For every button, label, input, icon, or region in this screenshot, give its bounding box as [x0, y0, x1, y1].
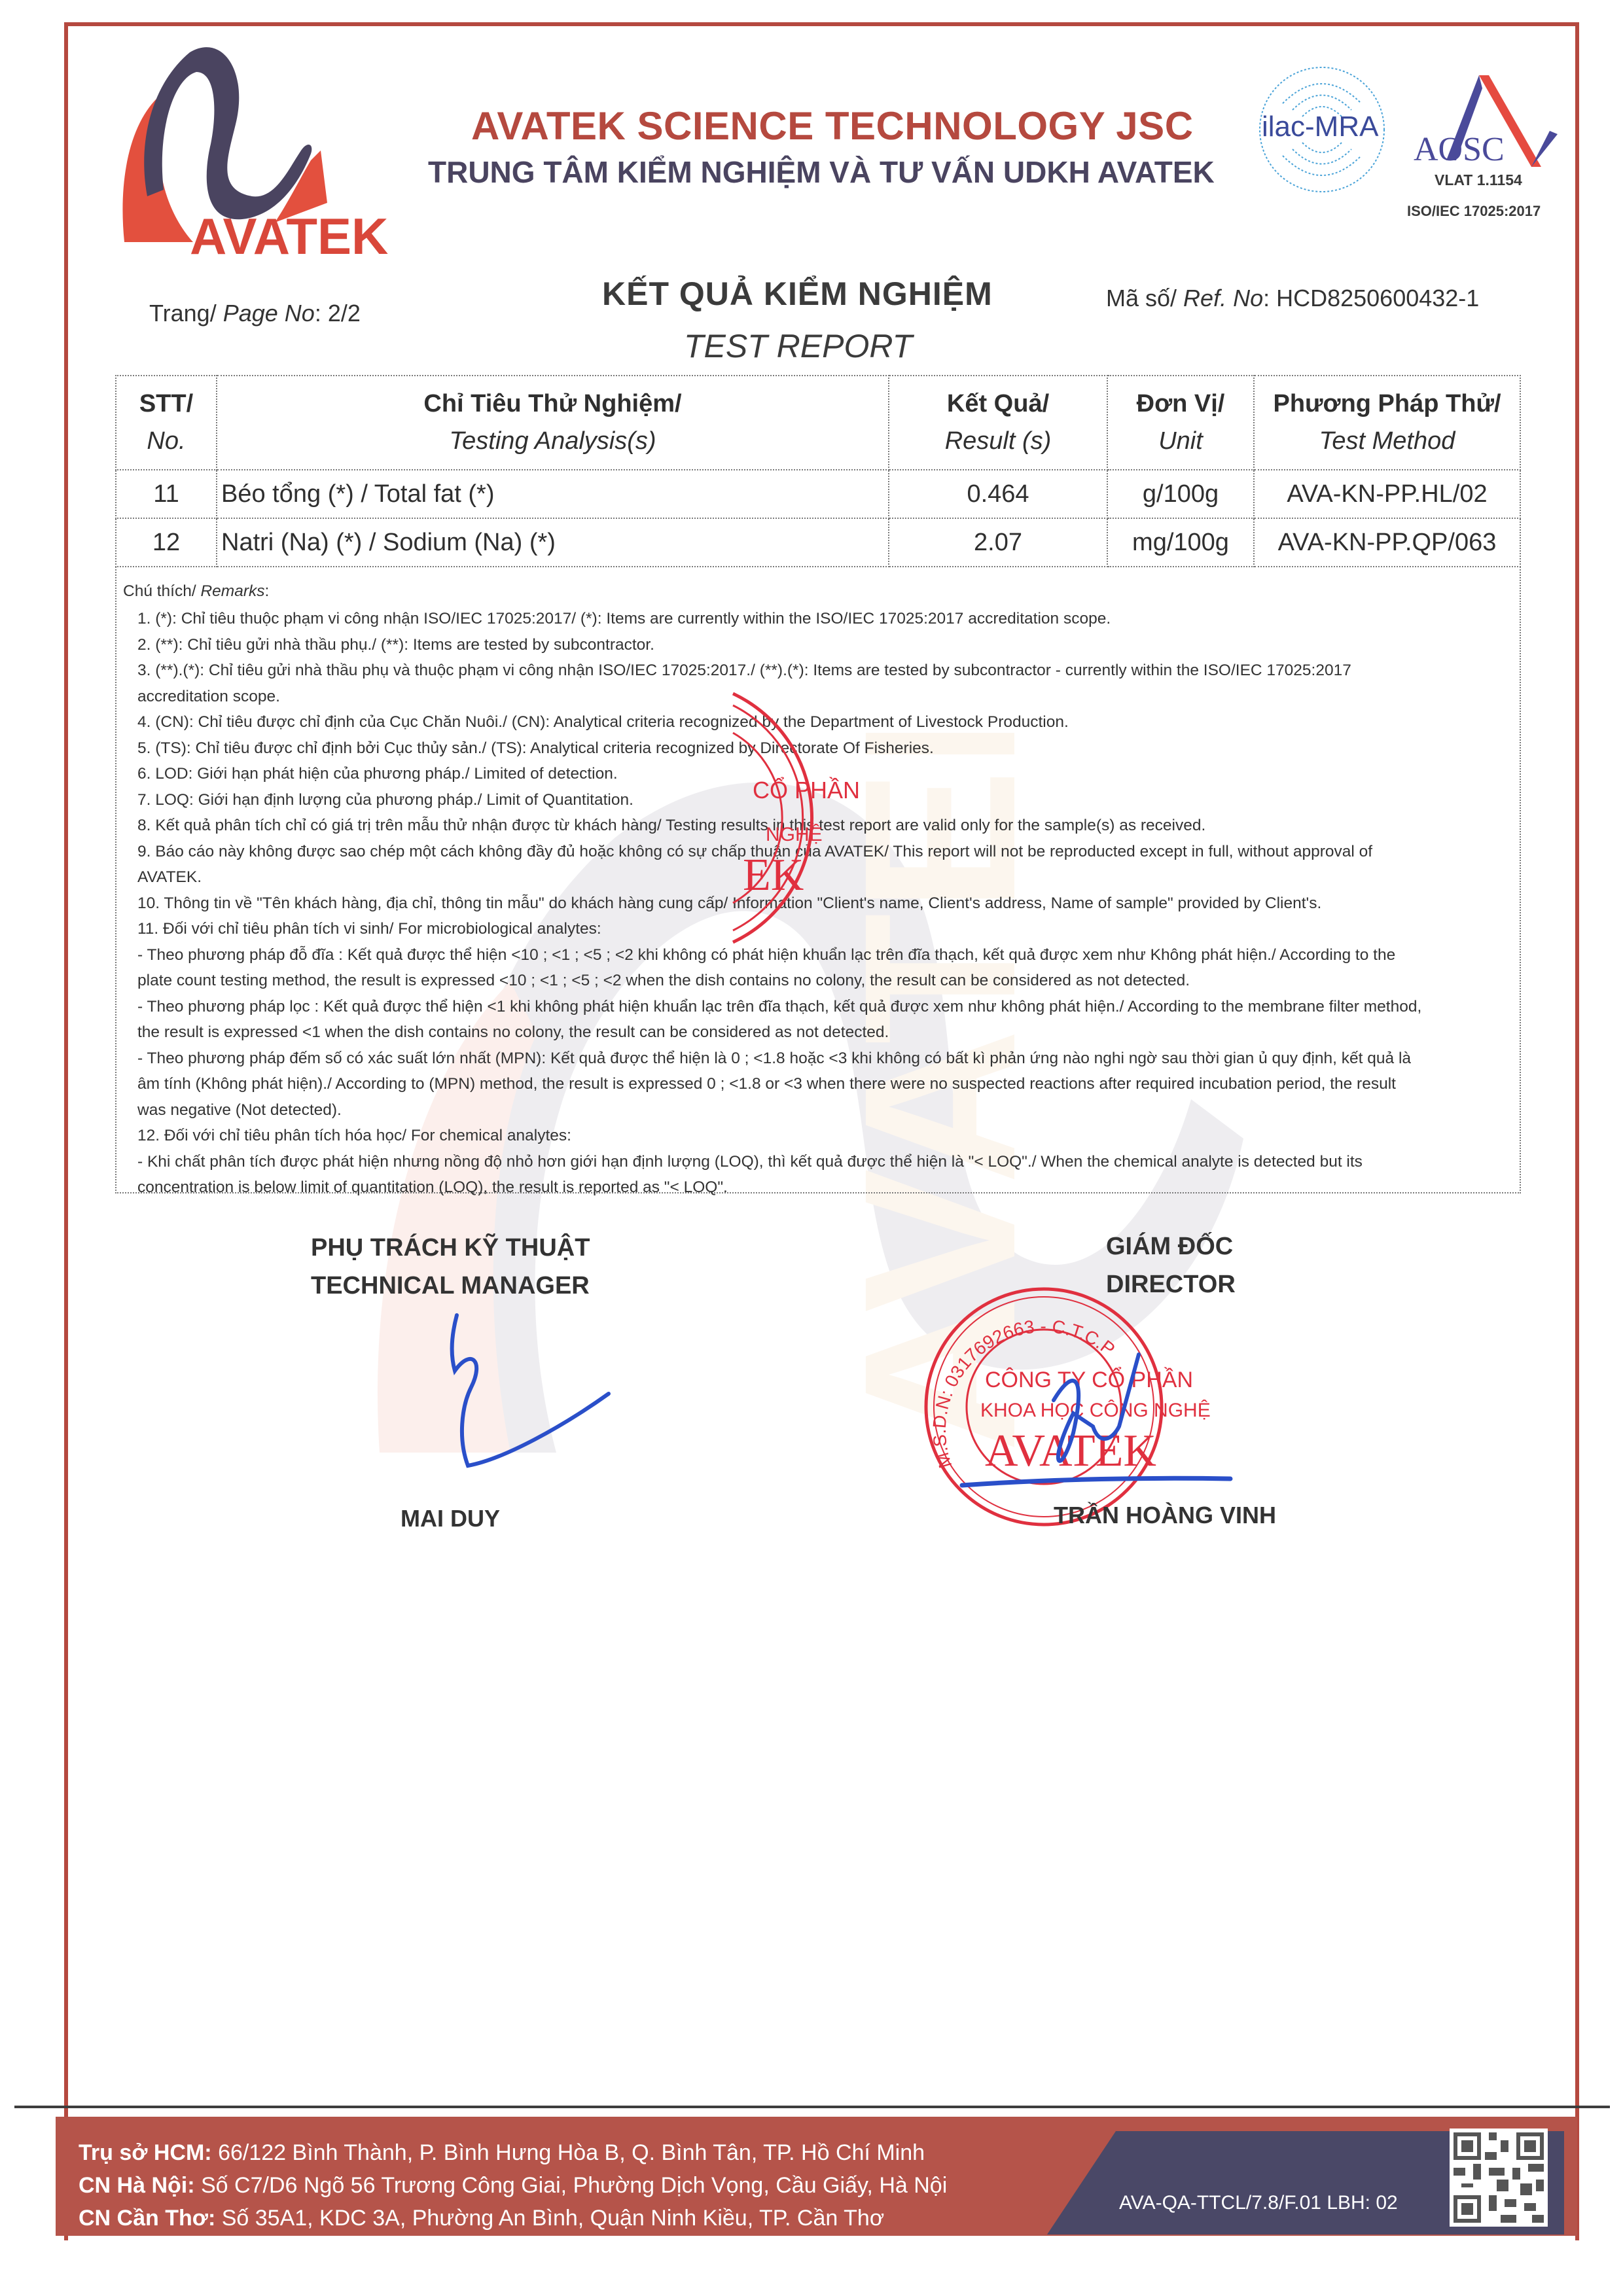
cell-method: AVA-KN-PP.QP/063 — [1254, 518, 1520, 567]
remark-line: - Theo phương pháp đếm số có xác suất lớ… — [123, 1046, 1520, 1072]
address-hcm: Trụ sở HCM: 66/122 Bình Thành, P. Bình H… — [79, 2136, 947, 2169]
header-result: Kết Quả/Result (s) — [889, 376, 1107, 470]
remarks-title: Chú thích/ Remarks: — [123, 582, 1520, 601]
qr-code-icon[interactable] — [1450, 2128, 1548, 2227]
cell-analysis: Béo tổng (*) / Total fat (*) — [217, 470, 889, 518]
remarks-section: Chú thích/ Remarks: 1. (*): Chỉ tiêu thu… — [115, 567, 1521, 1193]
remark-line: 2. (**): Chỉ tiêu gửi nhà thầu phụ./ (**… — [123, 632, 1520, 658]
remark-line: 3. (**).(*): Chỉ tiêu gửi nhà thầu phụ v… — [123, 658, 1520, 684]
remark-line: 11. Đối với chỉ tiêu phân tích vi sinh/ … — [123, 916, 1520, 942]
cell-result: 2.07 — [889, 518, 1107, 567]
company-subtitle: TRUNG TÂM KIỂM NGHIỆM VÀ TƯ VẤN UDKH AVA… — [428, 154, 1215, 190]
remark-line: plate count testing method, the result i… — [123, 968, 1520, 994]
remark-line: 8. Kết quả phân tích chỉ có giá trị trên… — [123, 813, 1520, 839]
cell-method: AVA-KN-PP.HL/02 — [1254, 470, 1520, 518]
remark-line: accreditation scope. — [123, 684, 1520, 710]
avatek-logo: AVATEK — [111, 46, 406, 268]
remark-line: 6. LOD: Giới hạn phát hiện của phương ph… — [123, 761, 1520, 787]
aosc-code: VLAT 1.1154 — [1435, 171, 1522, 189]
results-table: STT/No. Chỉ Tiêu Thử Nghiệm/Testing Anal… — [115, 375, 1521, 567]
company-name: AVATEK SCIENCE TECHNOLOGY JSC — [471, 103, 1194, 149]
svg-text:AVATEK: AVATEK — [190, 207, 388, 265]
cell-no: 11 — [116, 470, 217, 518]
cell-unit: g/100g — [1107, 470, 1254, 518]
remark-line: AVATEK. — [123, 864, 1520, 891]
address-cantho: CN Cần Thơ: Số 35A1, KDC 3A, Phường An B… — [79, 2202, 947, 2234]
ilac-mra-logo: ilac-MRA — [1257, 64, 1387, 195]
technical-manager-title: PHỤ TRÁCH KỸ THUẬTTECHNICAL MANAGER — [311, 1229, 590, 1305]
remark-line: 12. Đối với chỉ tiêu phân tích hóa học/ … — [123, 1123, 1520, 1149]
page-number: Trang/ Page No: 2/2 — [149, 300, 361, 327]
remark-line: 4. (CN): Chỉ tiêu được chỉ định của Cục … — [123, 709, 1520, 735]
report-title: KẾT QUẢ KIỂM NGHIỆM — [602, 275, 993, 313]
header-method: Phương Pháp Thử/Test Method — [1254, 376, 1520, 470]
remark-line: 1. (*): Chỉ tiêu thuộc phạm vi công nhận… — [123, 606, 1520, 632]
iso-label: ISO/IEC 17025:2017 — [1407, 203, 1541, 220]
aosc-logo: AOSC — [1400, 62, 1564, 180]
remark-line: concentration is below limit of quantita… — [123, 1174, 1520, 1201]
reference-number: Mã số/ Ref. No: HCD8250600432-1 — [1106, 285, 1479, 312]
remark-line: 10. Thông tin về "Tên khách hàng, địa ch… — [123, 891, 1520, 917]
header-unit: Đơn Vị/Unit — [1107, 376, 1254, 470]
remark-line: 9. Báo cáo này không được sao chép một c… — [123, 839, 1520, 865]
svg-text:ilac-MRA: ilac-MRA — [1262, 111, 1379, 143]
director-name: TRẦN HOÀNG VINH — [1054, 1502, 1276, 1529]
table-row: 11 Béo tổng (*) / Total fat (*) 0.464 g/… — [116, 470, 1520, 518]
table-header-row: STT/No. Chỉ Tiêu Thử Nghiệm/Testing Anal… — [116, 376, 1520, 470]
cell-result: 0.464 — [889, 470, 1107, 518]
form-code: AVA-QA-TTCL/7.8/F.01 LBH: 02 — [1119, 2192, 1398, 2214]
footer-divider — [14, 2106, 1610, 2108]
cell-unit: mg/100g — [1107, 518, 1254, 567]
header-no: STT/No. — [116, 376, 217, 470]
remark-line: 5. (TS): Chỉ tiêu được chỉ định bởi Cục … — [123, 735, 1520, 762]
remark-line: âm tính (Không phát hiện)./ According to… — [123, 1071, 1520, 1097]
address-hanoi: CN Hà Nội: Số C7/D6 Ngõ 56 Trương Công G… — [79, 2169, 947, 2202]
remark-line: - Theo phương pháp lọc : Kết quả được th… — [123, 994, 1520, 1020]
footer-bar: Trụ sở HCM: 66/122 Bình Thành, P. Bình H… — [56, 2117, 1577, 2236]
cell-no: 12 — [116, 518, 217, 567]
remark-line: - Khi chất phân tích được phát hiện nhưn… — [123, 1149, 1520, 1175]
remarks-list: 1. (*): Chỉ tiêu thuộc phạm vi công nhận… — [123, 606, 1520, 1201]
footer-addresses: Trụ sở HCM: 66/122 Bình Thành, P. Bình H… — [79, 2136, 947, 2234]
table-row: 12 Natri (Na) (*) / Sodium (Na) (*) 2.07… — [116, 518, 1520, 567]
remark-line: was negative (Not detected). — [123, 1097, 1520, 1123]
report-title-en: TEST REPORT — [684, 327, 912, 365]
remark-line: 7. LOQ: Giới hạn định lượng của phương p… — [123, 787, 1520, 813]
director-title: GIÁM ĐỐCDIRECTOR — [1106, 1227, 1236, 1303]
remark-line: the result is expressed <1 when the dish… — [123, 1019, 1520, 1046]
svg-text:AOSC: AOSC — [1414, 131, 1505, 168]
cell-analysis: Natri (Na) (*) / Sodium (Na) (*) — [217, 518, 889, 567]
technical-manager-name: MAI DUY — [401, 1505, 500, 1532]
header-analysis: Chỉ Tiêu Thử Nghiệm/Testing Analysis(s) — [217, 376, 889, 470]
remark-line: - Theo phương pháp đỗ đĩa : Kết quả được… — [123, 942, 1520, 968]
